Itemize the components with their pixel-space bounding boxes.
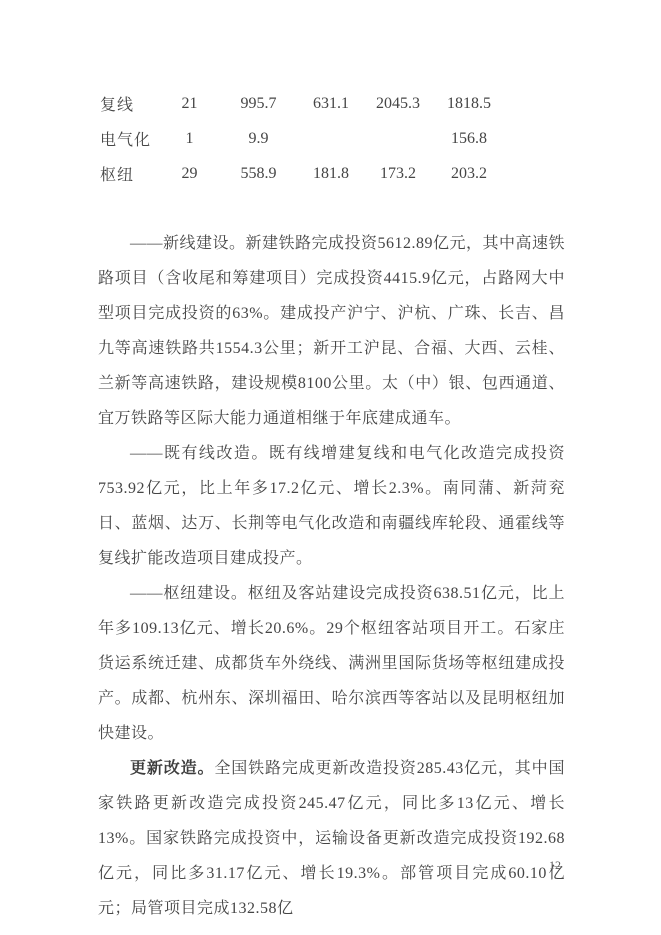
table-cell: 631.1 <box>296 95 366 113</box>
table-cell: 995.7 <box>221 95 296 113</box>
table-cell: 1818.5 <box>430 95 508 113</box>
table-row-electrification: 电气化 1 9.9 156.8 <box>98 121 565 156</box>
paragraph-text: ——枢纽建设。枢纽及客站建设完成投资638.51亿元，比上年多109.13亿元、… <box>98 585 565 742</box>
table-row-double-track: 复线 21 995.7 631.1 2045.3 1818.5 <box>98 86 565 121</box>
paragraph-existing-line-upgrade: ——既有线改造。既有线增建复线和电气化改造完成投资753.92亿元，比上年多17… <box>98 436 565 576</box>
table-row-label: 枢纽 <box>98 162 158 185</box>
paragraph-hub-construction: ——枢纽建设。枢纽及客站建设完成投资638.51亿元，比上年多109.13亿元、… <box>98 576 565 751</box>
paragraph-new-line-construction: ——新线建设。新建铁路完成投资5612.89亿元，其中高速铁路项目（含收尾和筹建… <box>98 226 565 436</box>
table-cell: 1 <box>158 130 221 148</box>
paragraph-text: 全国铁路完成更新改造投资285.43亿元，其中国家铁路更新改造完成投资245.4… <box>98 760 565 917</box>
table-row-hub: 枢纽 29 558.9 181.8 173.2 203.2 <box>98 156 565 191</box>
table-cell: 21 <box>158 95 221 113</box>
document-page: 复线 21 995.7 631.1 2045.3 1818.5 电气化 1 9.… <box>0 0 661 935</box>
table-cell: 203.2 <box>430 165 508 183</box>
paragraph-text: ——新线建设。新建铁路完成投资5612.89亿元，其中高速铁路项目（含收尾和筹建… <box>98 235 565 427</box>
table-cell: 181.8 <box>296 165 366 183</box>
table-row-label: 复线 <box>98 92 158 115</box>
paragraph-renewal-reconstruction: 更新改造。全国铁路完成更新改造投资285.43亿元，其中国家铁路更新改造完成投资… <box>98 751 565 926</box>
table-cell: 173.2 <box>366 165 430 183</box>
paragraph-lead: 更新改造。 <box>130 760 214 777</box>
table-cell: 9.9 <box>221 130 296 148</box>
investment-table: 复线 21 995.7 631.1 2045.3 1818.5 电气化 1 9.… <box>98 86 565 191</box>
table-cell: 156.8 <box>430 130 508 148</box>
table-cell: 558.9 <box>221 165 296 183</box>
page-content: 复线 21 995.7 631.1 2045.3 1818.5 电气化 1 9.… <box>98 86 565 926</box>
table-cell: 2045.3 <box>366 95 430 113</box>
page-number: 12 <box>543 858 567 873</box>
paragraph-text: ——既有线改造。既有线增建复线和电气化改造完成投资753.92亿元，比上年多17… <box>98 445 565 567</box>
table-cell: 29 <box>158 165 221 183</box>
table-row-label: 电气化 <box>98 127 158 150</box>
